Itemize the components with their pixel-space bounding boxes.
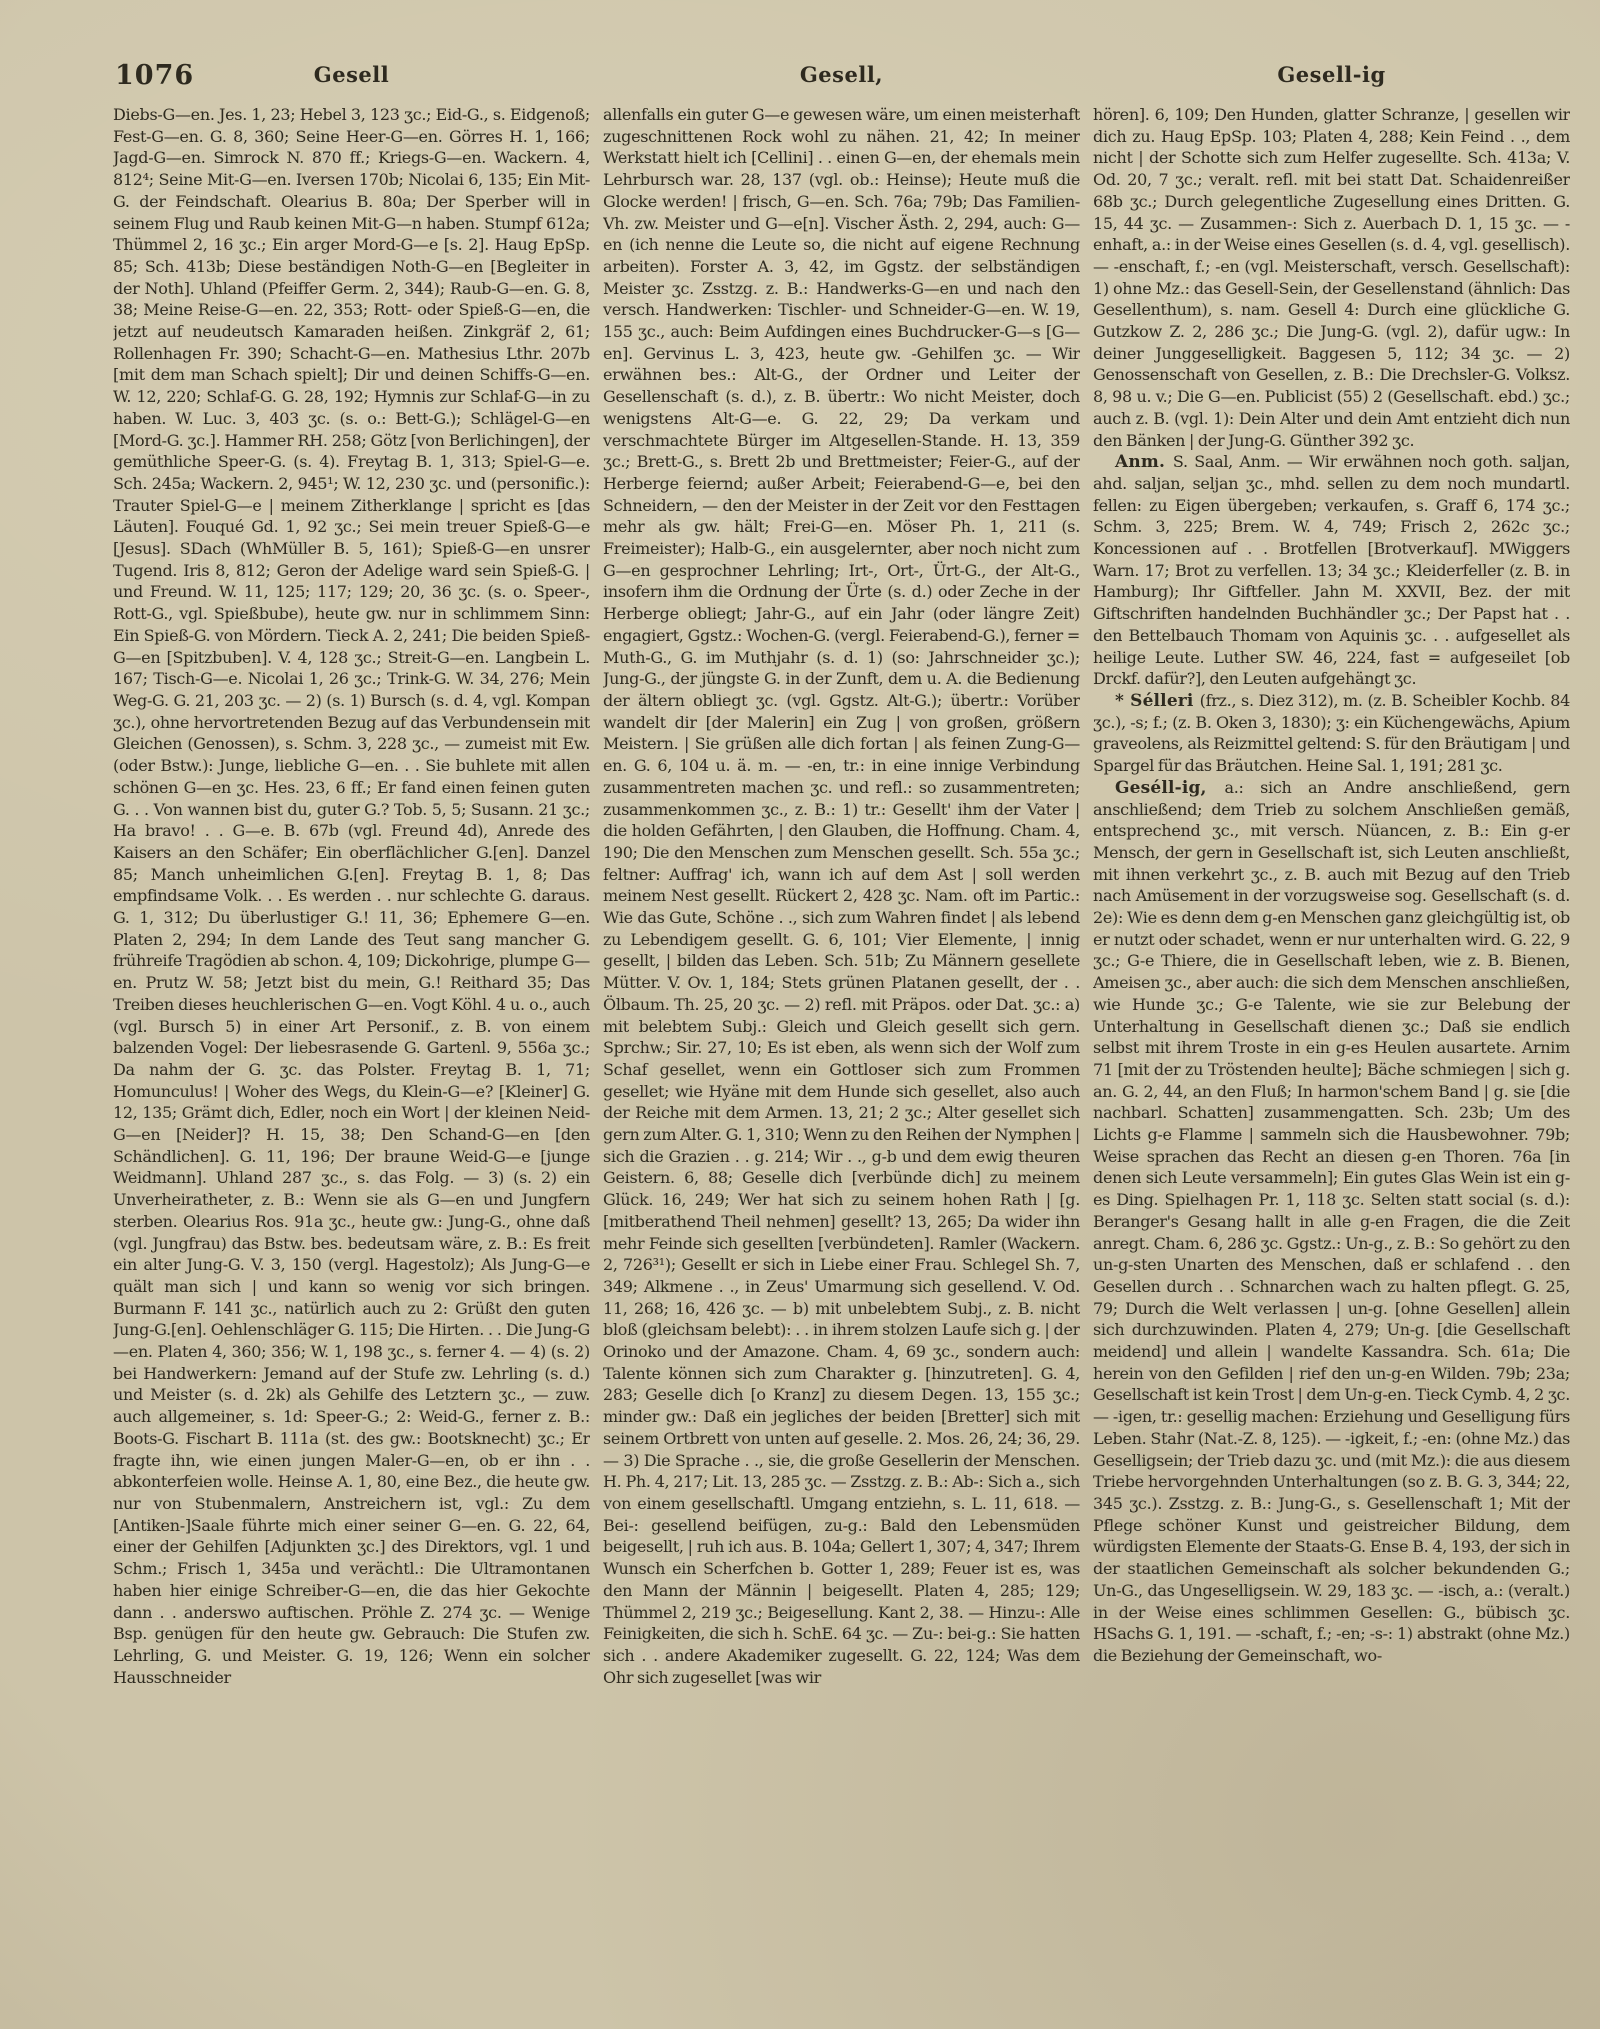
- paragraph: allenfalls ein guter G—e gewesen wäre, u…: [603, 104, 1080, 1688]
- column-middle: allenfalls ein guter G—e gewesen wäre, u…: [603, 104, 1080, 1910]
- column-left: Diebs-G—en. Jes. 1, 23; Hebel 3, 123 ʒc.…: [113, 104, 590, 1910]
- running-heads: Gesell Gesell, Gesell-ig: [113, 62, 1570, 87]
- entry-headword: * Sélleri: [1115, 690, 1200, 710]
- paragraph: Geséll-ig, a.: sich an Andre anschließen…: [1093, 777, 1570, 1667]
- text-columns: Diebs-G—en. Jes. 1, 23; Hebel 3, 123 ʒc.…: [113, 104, 1570, 1910]
- column-right: hören]. 6, 109; Den Hunden, glatter Schr…: [1093, 104, 1570, 1910]
- running-head-right: Gesell-ig: [1093, 62, 1570, 87]
- scanned-dictionary-page: 1076 Gesell Gesell, Gesell-ig Diebs-G—en…: [0, 0, 1600, 2029]
- running-head-middle: Gesell,: [603, 62, 1080, 87]
- paragraph: hören]. 6, 109; Den Hunden, glatter Schr…: [1093, 104, 1570, 451]
- paragraph: Diebs-G—en. Jes. 1, 23; Hebel 3, 123 ʒc.…: [113, 104, 590, 1688]
- entry-headword: Anm.: [1115, 451, 1173, 471]
- paragraph: * Sélleri (frz., s. Diez 312), m. (z. B.…: [1093, 690, 1570, 777]
- running-head-left: Gesell: [113, 62, 590, 87]
- entry-headword: Geséll-ig,: [1115, 777, 1224, 797]
- paragraph: Anm. S. Saal, Anm. — Wir erwähnen noch g…: [1093, 451, 1570, 690]
